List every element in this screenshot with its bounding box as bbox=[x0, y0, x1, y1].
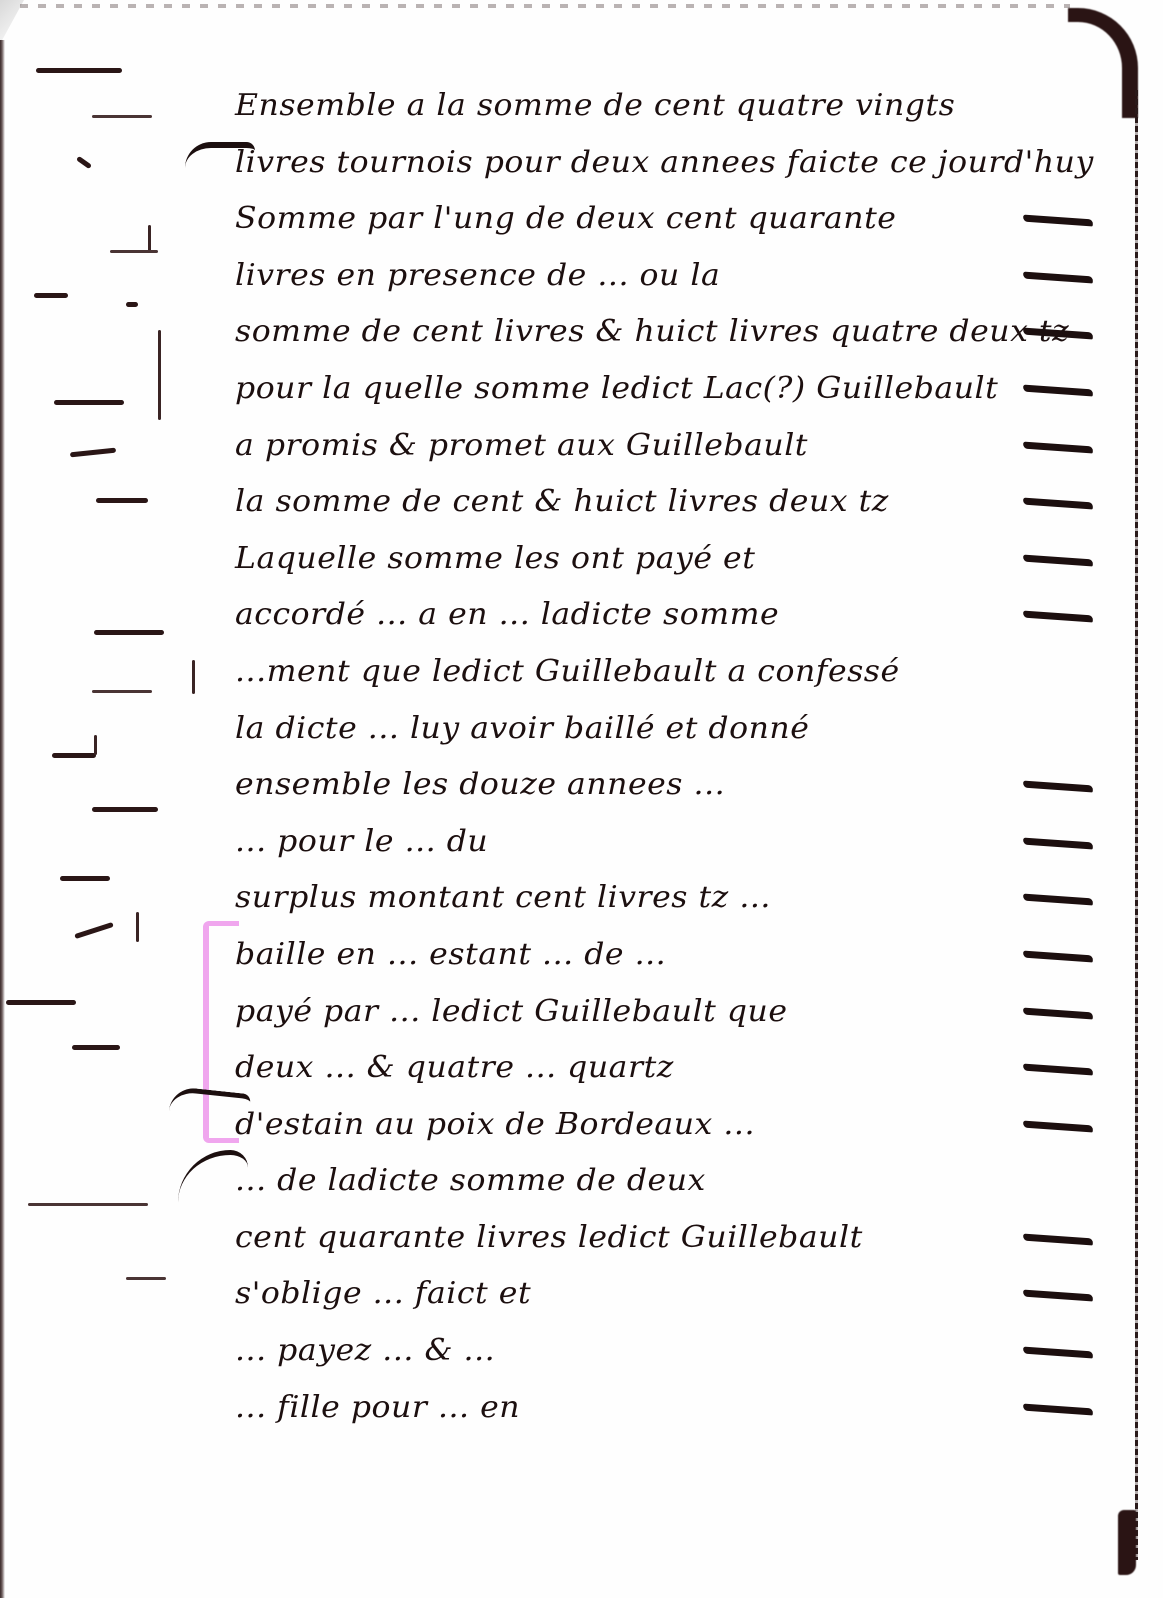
margin-mark bbox=[92, 807, 158, 812]
line-end-flourish bbox=[1023, 1347, 1093, 1359]
text-line: payé par ... ledict Guillebault que bbox=[235, 984, 1075, 1041]
text-line: accordé ... a en ... ladicte somme bbox=[235, 587, 1075, 644]
line-text: la somme de cent & huict livres deux tz bbox=[235, 474, 889, 531]
line-text: deux ... & quatre ... quartz bbox=[235, 1040, 674, 1097]
margin-mark bbox=[158, 330, 161, 420]
text-line: ... fille pour ... en bbox=[235, 1380, 1075, 1437]
bottom-right-ink-blot bbox=[1118, 1510, 1136, 1575]
text-line: ...ment que ledict Guillebault a confess… bbox=[235, 644, 1075, 701]
line-text: somme de cent livres & huict livres quat… bbox=[235, 304, 1069, 361]
line-end-flourish bbox=[1023, 1007, 1093, 1019]
margin-mark bbox=[110, 250, 158, 253]
line-end-flourish bbox=[1023, 1233, 1093, 1245]
line-text: Ensemble a la somme de cent quatre vingt… bbox=[235, 78, 955, 135]
top-right-page-edge bbox=[1068, 8, 1138, 118]
margin-mark bbox=[94, 630, 164, 635]
manuscript-page: Ensemble a la somme de cent quatre vingt… bbox=[0, 0, 1163, 1598]
margin-mark bbox=[60, 876, 110, 881]
text-line: livres en presence de ... ou la bbox=[235, 248, 1075, 305]
margin-mark bbox=[148, 225, 151, 253]
margin-mark bbox=[76, 156, 92, 169]
text-line: ... payez ... & ... bbox=[235, 1323, 1075, 1380]
line-text: s'oblige ... faict et bbox=[235, 1266, 531, 1323]
line-text: ... de ladicte somme de deux bbox=[235, 1153, 706, 1210]
text-line: ... de ladicte somme de deux bbox=[235, 1153, 1075, 1210]
margin-mark bbox=[34, 293, 68, 298]
line-end-flourish bbox=[1023, 271, 1093, 283]
manuscript-text: Ensemble a la somme de cent quatre vingt… bbox=[235, 78, 1075, 1436]
line-text: Laquelle somme les ont payé et bbox=[235, 531, 755, 588]
line-end-flourish bbox=[1023, 1403, 1093, 1415]
text-line: la dicte ... luy avoir baillé et donné bbox=[235, 701, 1075, 758]
line-end-flourish bbox=[1023, 950, 1093, 962]
line-end-flourish bbox=[1023, 781, 1093, 793]
margin-mark bbox=[74, 922, 114, 939]
line-text: baille en ... estant ... de ... bbox=[235, 927, 666, 984]
line-end-flourish bbox=[1023, 1064, 1093, 1076]
line-text: cent quarante livres ledict Guillebault bbox=[235, 1210, 863, 1267]
right-page-edge bbox=[1135, 90, 1138, 1560]
margin-mark bbox=[6, 1000, 76, 1005]
line-end-flourish bbox=[1023, 215, 1093, 227]
text-line: d'estain au poix de Bordeaux ... bbox=[235, 1097, 1075, 1154]
text-line: ensemble les douze annees ... bbox=[235, 757, 1075, 814]
line-end-flourish bbox=[1023, 1290, 1093, 1302]
line-text: ... payez ... & ... bbox=[235, 1323, 495, 1380]
line-text: livres en presence de ... ou la bbox=[235, 248, 720, 305]
line-text: payé par ... ledict Guillebault que bbox=[235, 984, 787, 1041]
line-end-flourish bbox=[1023, 894, 1093, 906]
margin-mark bbox=[92, 115, 152, 118]
top-scan-edge bbox=[20, 4, 1070, 8]
text-line: Somme par l'ung de deux cent quarante bbox=[235, 191, 1075, 248]
line-text: ...ment que ledict Guillebault a confess… bbox=[235, 644, 900, 701]
text-line: baille en ... estant ... de ... bbox=[235, 927, 1075, 984]
line-text: accordé ... a en ... ladicte somme bbox=[235, 587, 779, 644]
margin-mark bbox=[28, 1203, 148, 1206]
text-line: pour la quelle somme ledict Lac(?) Guill… bbox=[235, 361, 1075, 418]
line-text: ... pour le ... du bbox=[235, 814, 488, 871]
margin-mark bbox=[92, 690, 152, 693]
line-end-flourish bbox=[1023, 385, 1093, 397]
left-binding-edge bbox=[0, 40, 5, 1598]
margin-mark bbox=[96, 498, 148, 503]
line-end-flourish bbox=[1023, 611, 1093, 623]
text-line: s'oblige ... faict et bbox=[235, 1266, 1075, 1323]
text-line: la somme de cent & huict livres deux tz bbox=[235, 474, 1075, 531]
margin-mark bbox=[54, 400, 124, 405]
margin-mark bbox=[94, 735, 97, 755]
text-line: cent quarante livres ledict Guillebault bbox=[235, 1210, 1075, 1267]
line-end-flourish bbox=[1023, 441, 1093, 453]
line-text: la dicte ... luy avoir baillé et donné bbox=[235, 701, 809, 758]
line-end-flourish bbox=[1023, 554, 1093, 566]
line-text: a promis & promet aux Guillebault bbox=[235, 418, 808, 475]
text-line: Laquelle somme les ont payé et bbox=[235, 531, 1075, 588]
line-text: Somme par l'ung de deux cent quarante bbox=[235, 191, 896, 248]
line-text: d'estain au poix de Bordeaux ... bbox=[235, 1097, 755, 1154]
line-text: surplus montant cent livres tz ... bbox=[235, 870, 771, 927]
line-end-flourish bbox=[1023, 498, 1093, 510]
line-text: pour la quelle somme ledict Lac(?) Guill… bbox=[235, 361, 998, 418]
margin-mark bbox=[52, 753, 96, 758]
line-text: ... fille pour ... en bbox=[235, 1380, 520, 1437]
line-end-flourish bbox=[1023, 1120, 1093, 1132]
margin-mark bbox=[70, 448, 116, 458]
text-line: surplus montant cent livres tz ... bbox=[235, 870, 1075, 927]
text-line: somme de cent livres & huict livres quat… bbox=[235, 304, 1075, 361]
line-text: livres tournois pour deux annees faicte … bbox=[235, 135, 1094, 192]
text-line: ... pour le ... du bbox=[235, 814, 1075, 871]
margin-mark bbox=[136, 912, 139, 942]
text-line: Ensemble a la somme de cent quatre vingt… bbox=[235, 78, 1075, 135]
text-line: a promis & promet aux Guillebault bbox=[235, 418, 1075, 475]
margin-mark bbox=[192, 660, 195, 694]
text-line: livres tournois pour deux annees faicte … bbox=[235, 135, 1075, 192]
margin-mark bbox=[126, 302, 138, 307]
margin-mark bbox=[72, 1045, 120, 1050]
margin-mark bbox=[36, 68, 122, 73]
line-end-flourish bbox=[1023, 837, 1093, 849]
margin-mark bbox=[126, 1277, 166, 1280]
line-text: ensemble les douze annees ... bbox=[235, 757, 725, 814]
text-line: deux ... & quatre ... quartz bbox=[235, 1040, 1075, 1097]
